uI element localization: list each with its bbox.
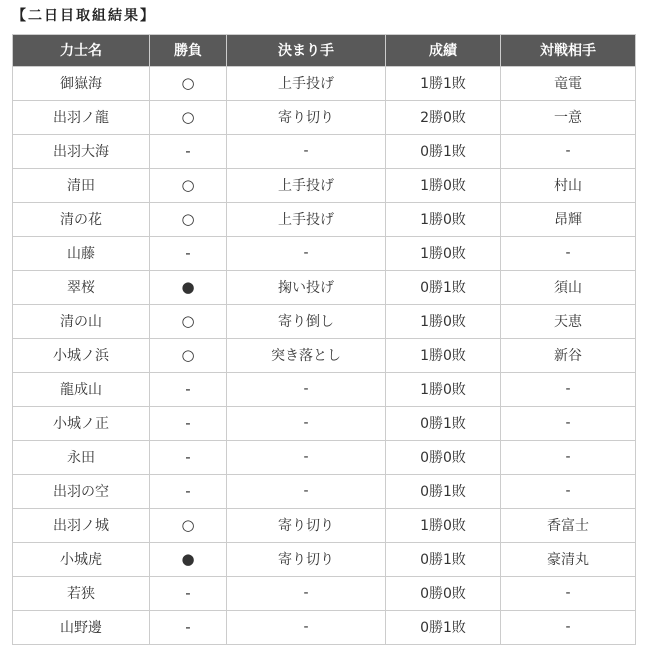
header-opponent: 対戦相手	[501, 34, 636, 66]
cell-record: 0勝1敗	[386, 474, 501, 508]
cell-result-mark: ○	[150, 508, 227, 542]
cell-opponent: 豪清丸	[501, 542, 636, 576]
cell-rikishi-name: 山藤	[13, 236, 150, 270]
cell-kimarite: -	[227, 576, 386, 610]
cell-record: 0勝1敗	[386, 134, 501, 168]
cell-rikishi-name: 若狭	[13, 576, 150, 610]
cell-opponent: 竜電	[501, 66, 636, 100]
header-row: 力士名 勝負 決まり手 成績 対戦相手	[13, 34, 636, 66]
cell-rikishi-name: 山野邊	[13, 610, 150, 644]
cell-record: 1勝0敗	[386, 338, 501, 372]
cell-rikishi-name: 龍成山	[13, 372, 150, 406]
cell-opponent: 村山	[501, 168, 636, 202]
cell-opponent: -	[501, 406, 636, 440]
cell-rikishi-name: 清の花	[13, 202, 150, 236]
cell-opponent: 一意	[501, 100, 636, 134]
table-row: 出羽ノ龍○寄り切り2勝0敗一意	[13, 100, 636, 134]
results-page: 【二日目取組結果】 力士名 勝負 決まり手 成績 対戦相手 御嶽海○上手投げ1勝…	[0, 0, 647, 657]
cell-record: 1勝1敗	[386, 66, 501, 100]
cell-kimarite: 突き落とし	[227, 338, 386, 372]
cell-kimarite: -	[227, 406, 386, 440]
cell-opponent: 須山	[501, 270, 636, 304]
cell-kimarite: -	[227, 236, 386, 270]
cell-result-mark: ○	[150, 66, 227, 100]
cell-opponent: -	[501, 440, 636, 474]
cell-rikishi-name: 小城ノ浜	[13, 338, 150, 372]
cell-opponent: 香富士	[501, 508, 636, 542]
cell-record: 1勝0敗	[386, 508, 501, 542]
header-kimarite: 決まり手	[227, 34, 386, 66]
cell-rikishi-name: 清の山	[13, 304, 150, 338]
table-row: 清の花○上手投げ1勝0敗昂輝	[13, 202, 636, 236]
header-rikishi-name: 力士名	[13, 34, 150, 66]
cell-result-mark: ○	[150, 202, 227, 236]
table-row: 小城虎●寄り切り0勝1敗豪清丸	[13, 542, 636, 576]
cell-rikishi-name: 小城虎	[13, 542, 150, 576]
cell-kimarite: 寄り倒し	[227, 304, 386, 338]
table-header: 力士名 勝負 決まり手 成績 対戦相手	[13, 34, 636, 66]
table-row: 龍成山--1勝0敗-	[13, 372, 636, 406]
cell-record: 1勝0敗	[386, 372, 501, 406]
cell-result-mark: ○	[150, 100, 227, 134]
cell-kimarite: 寄り切り	[227, 100, 386, 134]
cell-opponent: 天恵	[501, 304, 636, 338]
cell-result-mark: -	[150, 236, 227, 270]
cell-record: 1勝0敗	[386, 202, 501, 236]
cell-record: 1勝0敗	[386, 236, 501, 270]
cell-result-mark: ○	[150, 168, 227, 202]
cell-result-mark: ●	[150, 270, 227, 304]
cell-result-mark: -	[150, 474, 227, 508]
cell-kimarite: -	[227, 372, 386, 406]
table-row: 小城ノ正--0勝1敗-	[13, 406, 636, 440]
cell-record: 0勝0敗	[386, 576, 501, 610]
header-result-mark: 勝負	[150, 34, 227, 66]
cell-result-mark: ○	[150, 304, 227, 338]
cell-record: 1勝0敗	[386, 168, 501, 202]
cell-kimarite: -	[227, 610, 386, 644]
cell-result-mark: -	[150, 440, 227, 474]
table-row: 山野邊--0勝1敗-	[13, 610, 636, 644]
cell-result-mark: -	[150, 134, 227, 168]
cell-kimarite: -	[227, 134, 386, 168]
table-row: 出羽大海--0勝1敗-	[13, 134, 636, 168]
cell-result-mark: -	[150, 576, 227, 610]
cell-rikishi-name: 永田	[13, 440, 150, 474]
cell-kimarite: -	[227, 474, 386, 508]
cell-rikishi-name: 翠桜	[13, 270, 150, 304]
table-row: 翠桜●掬い投げ0勝1敗須山	[13, 270, 636, 304]
cell-result-mark: ●	[150, 542, 227, 576]
cell-kimarite: 寄り切り	[227, 542, 386, 576]
table-row: 清田○上手投げ1勝0敗村山	[13, 168, 636, 202]
results-table: 力士名 勝負 決まり手 成績 対戦相手 御嶽海○上手投げ1勝1敗竜電出羽ノ龍○寄…	[12, 34, 636, 645]
cell-kimarite: -	[227, 440, 386, 474]
cell-record: 0勝1敗	[386, 270, 501, 304]
cell-rikishi-name: 御嶽海	[13, 66, 150, 100]
page-title: 【二日目取組結果】	[12, 8, 635, 25]
cell-result-mark: ○	[150, 338, 227, 372]
cell-opponent: -	[501, 474, 636, 508]
cell-record: 2勝0敗	[386, 100, 501, 134]
cell-rikishi-name: 清田	[13, 168, 150, 202]
table-row: 御嶽海○上手投げ1勝1敗竜電	[13, 66, 636, 100]
cell-record: 0勝0敗	[386, 440, 501, 474]
cell-opponent: -	[501, 372, 636, 406]
cell-kimarite: 上手投げ	[227, 168, 386, 202]
cell-record: 0勝1敗	[386, 406, 501, 440]
cell-opponent: -	[501, 610, 636, 644]
cell-record: 0勝1敗	[386, 542, 501, 576]
cell-result-mark: -	[150, 610, 227, 644]
cell-rikishi-name: 出羽ノ城	[13, 508, 150, 542]
table-body: 御嶽海○上手投げ1勝1敗竜電出羽ノ龍○寄り切り2勝0敗一意出羽大海--0勝1敗-…	[13, 66, 636, 644]
cell-kimarite: 上手投げ	[227, 202, 386, 236]
cell-record: 1勝0敗	[386, 304, 501, 338]
table-row: 清の山○寄り倒し1勝0敗天恵	[13, 304, 636, 338]
cell-opponent: -	[501, 236, 636, 270]
cell-kimarite: 上手投げ	[227, 66, 386, 100]
cell-kimarite: 掬い投げ	[227, 270, 386, 304]
table-row: 山藤--1勝0敗-	[13, 236, 636, 270]
table-row: 出羽の空--0勝1敗-	[13, 474, 636, 508]
table-row: 若狭--0勝0敗-	[13, 576, 636, 610]
cell-record: 0勝1敗	[386, 610, 501, 644]
cell-rikishi-name: 出羽大海	[13, 134, 150, 168]
cell-result-mark: -	[150, 372, 227, 406]
cell-opponent: -	[501, 576, 636, 610]
table-row: 永田--0勝0敗-	[13, 440, 636, 474]
cell-opponent: 昂輝	[501, 202, 636, 236]
cell-rikishi-name: 出羽ノ龍	[13, 100, 150, 134]
header-record: 成績	[386, 34, 501, 66]
cell-rikishi-name: 小城ノ正	[13, 406, 150, 440]
table-row: 出羽ノ城○寄り切り1勝0敗香富士	[13, 508, 636, 542]
cell-result-mark: -	[150, 406, 227, 440]
cell-rikishi-name: 出羽の空	[13, 474, 150, 508]
table-row: 小城ノ浜○突き落とし1勝0敗新谷	[13, 338, 636, 372]
cell-opponent: 新谷	[501, 338, 636, 372]
cell-kimarite: 寄り切り	[227, 508, 386, 542]
cell-opponent: -	[501, 134, 636, 168]
